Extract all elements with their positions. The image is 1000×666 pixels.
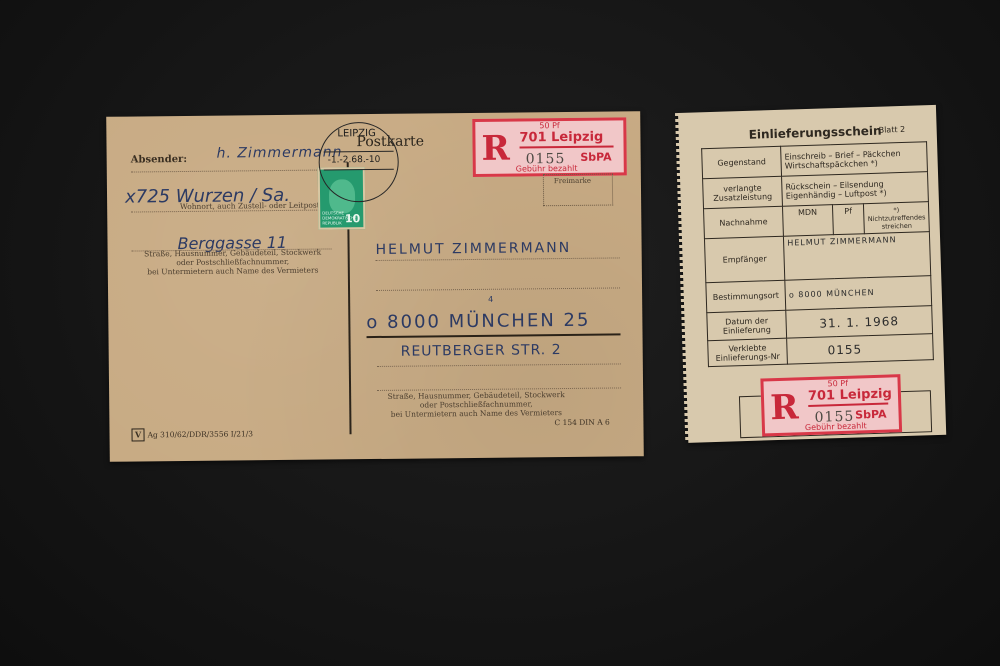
mdn-label: MDN	[798, 208, 817, 218]
label-city: 701 Leipzig	[808, 386, 892, 404]
publisher-logo-icon: V	[131, 428, 144, 441]
row-value: HELMUT ZIMMERMANN	[784, 232, 931, 281]
receipt-title: Einlieferungsschein	[748, 124, 881, 142]
registration-receipt: Einlieferungsschein Blatt 2 Gegenstand E…	[678, 105, 946, 443]
postmark: LEIPZIG -1.-2.68.-10	[318, 122, 399, 203]
row-label: Nachnahme	[704, 206, 784, 238]
note-cell: *) Nichtzutreffendes streichen	[864, 202, 930, 234]
print-code: VAg 310/62/DDR/3556 I/21/3	[131, 427, 253, 441]
label-office: SbPA	[580, 151, 612, 164]
registration-label: R 50 Pf 701 Leipzig 0155 SbPA Gebühr bez…	[760, 374, 902, 436]
sender-label: Absender:	[131, 154, 187, 166]
row-label: Gegenstand	[702, 146, 782, 178]
registered-r-icon: R	[770, 390, 799, 425]
recipient-street-caption: Straße, Hausnummer, Gebäudeteil, Stockwe…	[371, 390, 581, 419]
row-value: 0155	[787, 334, 934, 365]
stamp-value: 10	[345, 212, 360, 225]
registration-label: R 50 Pf 701 Leipzig 0155 SbPA Gebühr bez…	[472, 117, 627, 177]
recipient-city: o 8000 MÜNCHEN 25	[366, 310, 590, 333]
row-label: Bestimmungsort	[706, 280, 786, 312]
row-value: o 8000 MÜNCHEN	[785, 276, 932, 311]
recipient-mark: 4	[488, 295, 493, 304]
row-label: verlangte Zusatzleistung	[703, 176, 783, 208]
recipient-name: HELMUT ZIMMERMANN	[376, 240, 572, 258]
sender-street-caption: Straße, Hausnummer, Gebäudeteil, Stockwe…	[118, 247, 348, 276]
row-label: Empfänger	[704, 236, 784, 282]
label-city: 701 Leipzig	[519, 130, 603, 146]
receipt-table: Gegenstand Einschreib – Brief – Päckchen…	[701, 141, 934, 367]
postmark-date: -1.-2.68.-10	[328, 155, 381, 166]
sheet-number: Blatt 2	[878, 125, 905, 135]
postmark-city: LEIPZIG	[337, 128, 376, 139]
pf-label: Pf	[844, 207, 852, 216]
pf-cell: Pf	[832, 204, 865, 235]
postcard: Absender: h. Zimmermann x725 Wurzen / Sa…	[106, 111, 644, 462]
dotted-line	[377, 363, 621, 367]
label-office: SbPA	[855, 408, 887, 422]
dotted-line	[376, 287, 620, 291]
row-empfaenger: Empfänger HELMUT ZIMMERMANN	[704, 232, 930, 283]
form-code: C 154 DIN A 6	[554, 418, 609, 428]
label-paid: Gebühr bezahlt	[516, 164, 578, 174]
label-rule	[520, 145, 614, 148]
row-label: Verklebte Einlieferungs-Nr	[708, 338, 788, 366]
recipient-street: REUTBERGER STR. 2	[401, 342, 562, 360]
label-paid: Gebühr bezahlt	[805, 421, 867, 432]
row-label: Datum der Einlieferung	[707, 310, 787, 340]
row-value: Rückschein – Eilsendung Eigenhändig – Lu…	[782, 172, 929, 207]
dotted-line	[131, 169, 331, 172]
freimarke-label: Freimarke	[554, 177, 591, 185]
city-underline	[367, 333, 621, 338]
postmark-bar	[324, 151, 394, 153]
label-price: 50 Pf	[539, 121, 559, 130]
print-code-text: Ag 310/62/DDR/3556 I/21/3	[147, 429, 253, 439]
registered-r-icon: R	[481, 132, 510, 166]
postmark-bar	[324, 169, 394, 171]
freimarke-box: Freimarke	[543, 174, 613, 207]
row-value: Einschreib – Brief – Päckchen Wirtschaft…	[781, 142, 928, 177]
dotted-line	[376, 257, 620, 261]
mdn-cell: MDN	[783, 205, 833, 237]
